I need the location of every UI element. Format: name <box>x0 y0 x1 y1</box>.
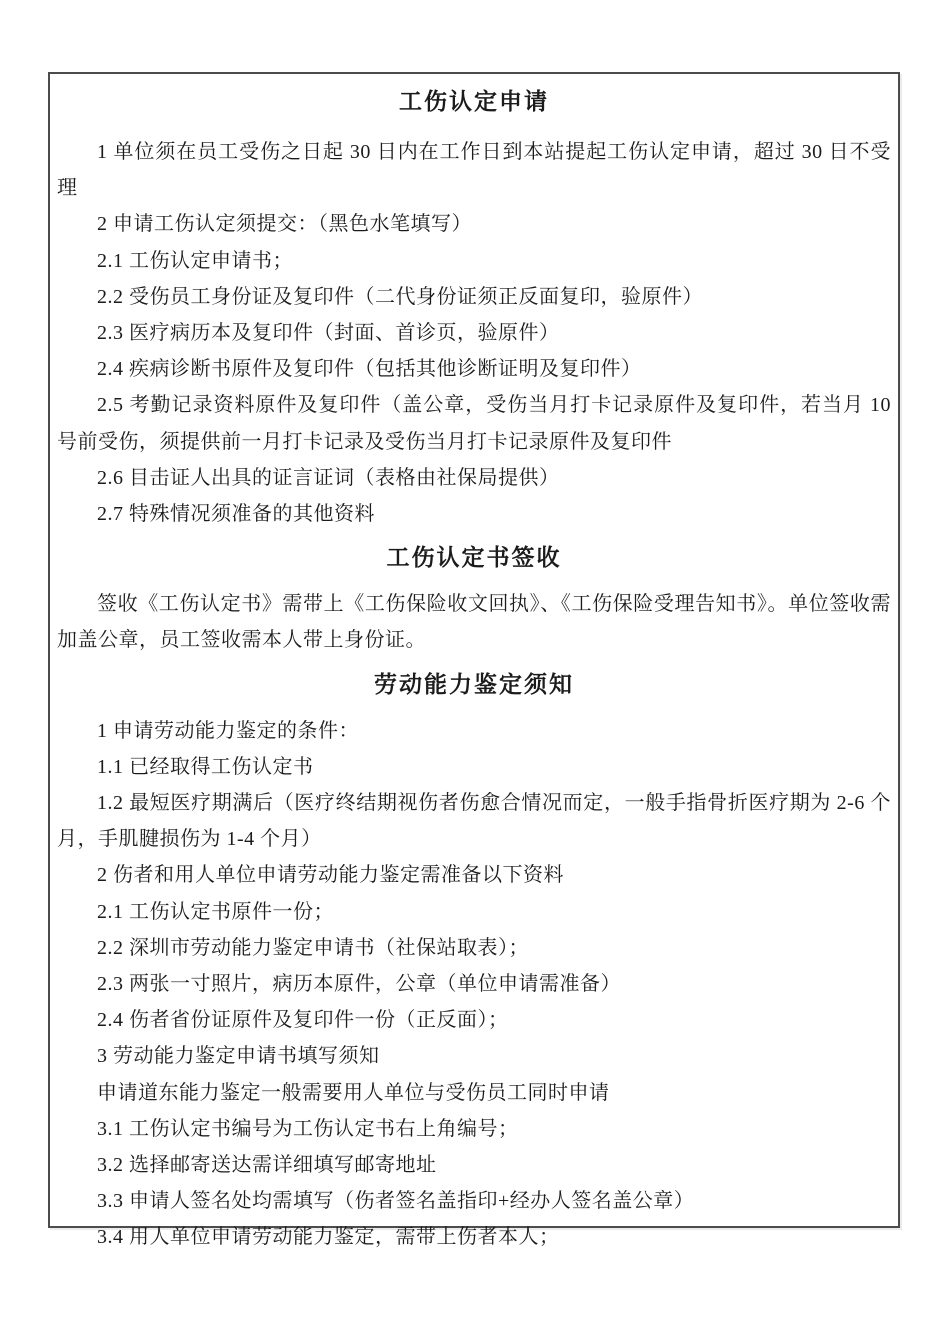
doc-line: 3.1 工伤认定书编号为工伤认定书右上角编号； <box>57 1111 891 1147</box>
doc-line: 2.7 特殊情况须准备的其他资料 <box>57 496 891 532</box>
section-heading-work-injury-application: 工伤认定申请 <box>57 86 891 118</box>
section-heading-labor-capacity-appraisal-notice: 劳动能力鉴定须知 <box>57 669 891 701</box>
doc-line: 签收《工伤认定书》需带上《工伤保险收文回执》、《工伤保险受理告知书》。单位签收需… <box>57 586 891 658</box>
doc-line: 2.4 疾病诊断书原件及复印件（包括其他诊断证明及复印件） <box>57 351 891 387</box>
doc-line: 1 单位须在员工受伤之日起 30 日内在工作日到本站提起工伤认定申请，超过 30… <box>57 134 891 206</box>
document-frame: 工伤认定申请 1 单位须在员工受伤之日起 30 日内在工作日到本站提起工伤认定申… <box>48 72 900 1228</box>
doc-line: 2.2 深圳市劳动能力鉴定申请书（社保站取表）； <box>57 930 891 966</box>
doc-line: 2 申请工伤认定须提交：（黑色水笔填写） <box>57 206 891 242</box>
doc-line: 2.2 受伤员工身份证及复印件（二代身份证须正反面复印，验原件） <box>57 279 891 315</box>
doc-line: 3.3 申请人签名处均需填写（伤者签名盖指印+经办人签名盖公章） <box>57 1183 891 1219</box>
doc-line: 2.1 工伤认定书原件一份； <box>57 894 891 930</box>
doc-line: 2.5 考勤记录资料原件及复印件（盖公章，受伤当月打卡记录原件及复印件，若当月 … <box>57 387 891 459</box>
section-labor-capacity-appraisal-notice: 劳动能力鉴定须知 1 申请劳动能力鉴定的条件： 1.1 已经取得工伤认定书 1.… <box>57 669 891 1256</box>
doc-line: 1.1 已经取得工伤认定书 <box>57 749 891 785</box>
doc-line: 2.3 两张一寸照片，病历本原件，公章（单位申请需准备） <box>57 966 891 1002</box>
doc-line: 申请道东能力鉴定一般需要用人单位与受伤员工同时申请 <box>57 1075 891 1111</box>
doc-line: 3 劳动能力鉴定申请书填写须知 <box>57 1038 891 1074</box>
section-determination-letter-signoff: 工伤认定书签收 签收《工伤认定书》需带上《工伤保险收文回执》、《工伤保险受理告知… <box>57 542 891 658</box>
doc-line: 3.2 选择邮寄送达需详细填写邮寄地址 <box>57 1147 891 1183</box>
doc-line: 3.4 用人单位申请劳动能力鉴定，需带上伤者本人； <box>57 1219 891 1255</box>
section-heading-determination-letter-signoff: 工伤认定书签收 <box>57 542 891 574</box>
doc-line: 2.3 医疗病历本及复印件（封面、首诊页，验原件） <box>57 315 891 351</box>
doc-line: 1.2 最短医疗期满后（医疗终结期视伤者伤愈合情况而定，一般手指骨折医疗期为 2… <box>57 785 891 857</box>
doc-line: 2.6 目击证人出具的证言证词（表格由社保局提供） <box>57 460 891 496</box>
doc-line: 2.4 伤者省份证原件及复印件一份（正反面）； <box>57 1002 891 1038</box>
doc-line: 1 申请劳动能力鉴定的条件： <box>57 713 891 749</box>
doc-line: 2.1 工伤认定申请书； <box>57 243 891 279</box>
doc-line: 2 伤者和用人单位申请劳动能力鉴定需准备以下资料 <box>57 857 891 893</box>
section-work-injury-application: 工伤认定申请 1 单位须在员工受伤之日起 30 日内在工作日到本站提起工伤认定申… <box>57 86 891 532</box>
